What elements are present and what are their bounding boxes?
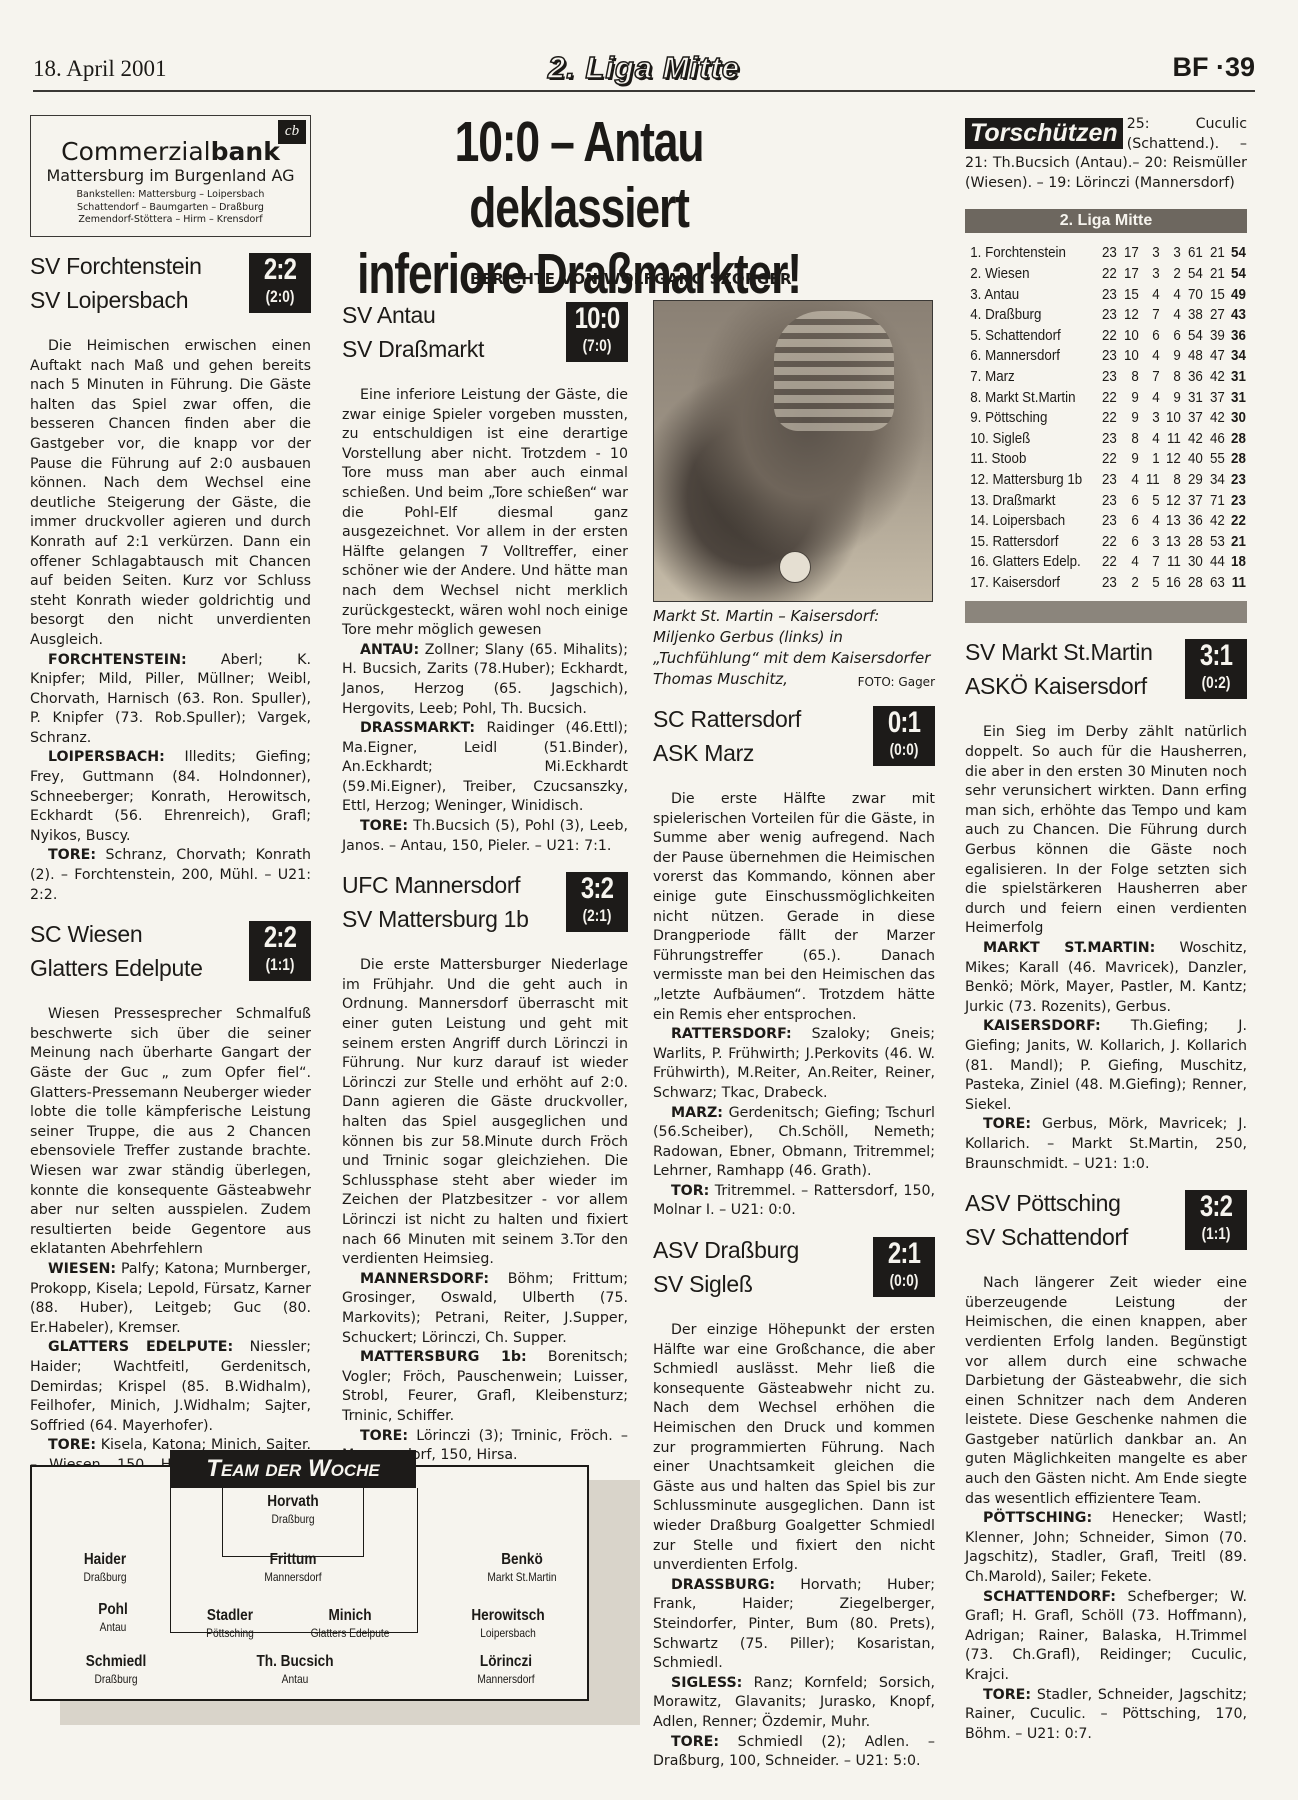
top-scorers-label: Torschützen <box>965 118 1123 149</box>
section-title: 2. Liga Mitte <box>33 50 1255 86</box>
standings-row: 13. Draßmarkt236512377123 <box>965 491 1247 512</box>
match-report: SC RattersdorfASK Marz 0:1(0:0) Die erst… <box>653 702 935 1221</box>
score-badge: 10:0(7:0) <box>566 302 628 362</box>
losses-cell: 8 <box>1161 367 1181 388</box>
masthead: 18. April 2001 2. Liga Mitte BF ·39 <box>33 50 1255 92</box>
points-cell: 36 <box>1226 326 1246 347</box>
team-cell: 9. Pöttsching <box>970 408 1091 429</box>
goals-for-cell: 38 <box>1183 305 1203 326</box>
match-report: UFC MannersdorfSV Mattersburg 1b 3:2(2:1… <box>342 868 628 1465</box>
report-text: Die Heimischen erwischen einen Auftakt n… <box>30 337 311 651</box>
lineup-away: KAISERSDORF: Th.Giefing; J. Giefing; Jan… <box>965 1017 1247 1115</box>
goals: TORE: Stadler, Schneider, Jagschitz; Rai… <box>965 1686 1247 1745</box>
goals-for-cell: 36 <box>1183 367 1203 388</box>
player-card: PohlAntau <box>96 1600 131 1635</box>
player-card: Th. BucsichAntau <box>250 1652 341 1687</box>
points-cell: 31 <box>1226 388 1246 409</box>
losses-cell: 13 <box>1161 532 1181 553</box>
wins-cell: 6 <box>1119 491 1139 512</box>
lineup-away: SCHATTENDORF: Schefberger; W. Grafl; H. … <box>965 1588 1247 1686</box>
report-text: Der einzige Höhepunkt der ersten Hälfte … <box>653 1321 935 1576</box>
goals-for-cell: 42 <box>1183 429 1203 450</box>
football-icon <box>779 551 811 583</box>
played-cell: 23 <box>1097 573 1117 594</box>
lineup-home: DRASSBURG: Horvath; Huber; Frank, Haider… <box>653 1576 935 1674</box>
goals-against-cell: 34 <box>1204 470 1224 491</box>
team-cell: 13. Draßmarkt <box>970 491 1091 512</box>
goals-against-cell: 21 <box>1204 264 1224 285</box>
lineup-away: MATTERSBURG 1b: Borenitsch; Vogler; Fröc… <box>342 1348 628 1426</box>
player-card: FrittumMannersdorf <box>259 1550 326 1585</box>
goals-for-cell: 28 <box>1183 532 1203 553</box>
standings-row: 17. Kaisersdorf232516286311 <box>965 573 1247 594</box>
report-text: Wiesen Pressesprecher Schmalfuß beschwer… <box>30 1005 311 1260</box>
match-header: ASV PöttschingSV Schattendorf 3:2(1:1) <box>965 1186 1247 1256</box>
goals-for-cell: 28 <box>1183 573 1203 594</box>
draws-cell: 7 <box>1140 367 1159 388</box>
lineup-away: GLATTERS EDELPUTE: Niessler; Haider; Wac… <box>30 1338 311 1436</box>
report-text: Die erste Mattersburger Niederlage im Fr… <box>342 956 628 1270</box>
played-cell: 23 <box>1097 346 1117 367</box>
team-cell: 5. Schattendorf <box>970 326 1091 347</box>
goals-against-cell: 44 <box>1204 552 1224 573</box>
losses-cell: 4 <box>1161 305 1181 326</box>
standings-row: 11. Stoob229112405528 <box>965 449 1247 470</box>
standings-row: 10. Sigleß238411424628 <box>965 429 1247 450</box>
played-cell: 22 <box>1097 326 1117 347</box>
report-text: Eine inferiore Leistung der Gäste, die z… <box>342 386 628 641</box>
played-cell: 23 <box>1097 243 1117 264</box>
standings-row: 9. Pöttsching229310374230 <box>965 408 1247 429</box>
lineup-home: WIESEN: Palfy; Katona; Murnberger, Proko… <box>30 1260 311 1338</box>
draws-cell: 5 <box>1140 573 1159 594</box>
draws-cell: 3 <box>1140 264 1159 285</box>
standings-row: 14. Loipersbach236413364222 <box>965 511 1247 532</box>
standings-body: 1. Forchtenstein2317336121542. Wiesen221… <box>965 243 1247 593</box>
goals-for-cell: 54 <box>1183 326 1203 347</box>
losses-cell: 12 <box>1161 449 1181 470</box>
bank-branches: Bankstellen: Mattersburg – Loipersbach S… <box>31 189 310 227</box>
match-report: SV ForchtensteinSV Loipersbach 2:2(2:0) … <box>30 249 311 905</box>
wins-cell: 8 <box>1119 367 1139 388</box>
goals-against-cell: 37 <box>1204 388 1224 409</box>
points-cell: 28 <box>1226 429 1246 450</box>
team-cell: 1. Forchtenstein <box>970 243 1091 264</box>
team-cell: 6. Mannersdorf <box>970 346 1091 367</box>
goals-for-cell: 30 <box>1183 552 1203 573</box>
losses-cell: 10 <box>1161 408 1181 429</box>
draws-cell: 3 <box>1140 532 1159 553</box>
draws-cell: 4 <box>1140 285 1159 306</box>
score-badge: 0:1(0:0) <box>873 706 935 766</box>
column-4: Torschützen 25: Cuculic (Schattend.). – … <box>965 115 1247 1744</box>
goals-against-cell: 47 <box>1204 346 1224 367</box>
draws-cell: 3 <box>1140 408 1159 429</box>
played-cell: 22 <box>1097 388 1117 409</box>
page-number: BF ·39 <box>1172 52 1255 83</box>
points-cell: 28 <box>1226 449 1246 470</box>
points-cell: 49 <box>1226 285 1246 306</box>
wins-cell: 4 <box>1119 552 1139 573</box>
column-3: Markt St. Martin – Kaisersdorf: Miljenko… <box>653 300 935 1772</box>
wins-cell: 8 <box>1119 429 1139 450</box>
goals-against-cell: 46 <box>1204 429 1224 450</box>
draws-cell: 4 <box>1140 511 1159 532</box>
match-report: SV Markt St.MartinASKÖ Kaisersdorf 3:1(0… <box>965 635 1247 1174</box>
wins-cell: 9 <box>1119 408 1139 429</box>
score-badge: 2:2(1:1) <box>249 921 311 981</box>
player-card: LörincziMannersdorf <box>472 1652 539 1687</box>
draws-cell: 3 <box>1140 243 1159 264</box>
player-card: StadlerPöttsching <box>202 1606 258 1641</box>
draws-cell: 6 <box>1140 326 1159 347</box>
points-cell: 23 <box>1226 470 1246 491</box>
wins-cell: 9 <box>1119 388 1139 409</box>
goals-against-cell: 39 <box>1204 326 1224 347</box>
played-cell: 22 <box>1097 408 1117 429</box>
played-cell: 23 <box>1097 285 1117 306</box>
wins-cell: 17 <box>1119 264 1139 285</box>
goals: TOR: Tritremmel. – Rattersdorf, 150, Mol… <box>653 1182 935 1221</box>
draws-cell: 5 <box>1140 491 1159 512</box>
goals: TORE: Th.Bucsich (5), Pohl (3), Leeb, Ja… <box>342 817 628 856</box>
lineup-away: MARZ: Gerdenitsch; Giefing; Tschurl (56.… <box>653 1104 935 1182</box>
team-cell: 16. Glatters Edelp. <box>970 552 1091 573</box>
goals-for-cell: 40 <box>1183 449 1203 470</box>
goals-for-cell: 70 <box>1183 285 1203 306</box>
score-badge: 3:2(2:1) <box>566 872 628 932</box>
photo-credit: FOTO: Gager <box>858 672 935 693</box>
points-cell: 54 <box>1226 243 1246 264</box>
team-cell: 7. Marz <box>970 367 1091 388</box>
standings-row: 7. Marz23878364231 <box>965 367 1247 388</box>
wins-cell: 6 <box>1119 511 1139 532</box>
losses-cell: 8 <box>1161 470 1181 491</box>
report-text: Die erste Hälfte zwar mit spielerischen … <box>653 790 935 1025</box>
draws-cell: 4 <box>1140 429 1159 450</box>
player-goalkeeper: HorvathDraßburg <box>263 1492 323 1527</box>
team-cell: 15. Rattersdorf <box>970 532 1091 553</box>
report-text: Ein Sieg im Derby zählt natürlich doppel… <box>965 723 1247 939</box>
standings-title: 2. Liga Mitte <box>965 209 1247 233</box>
match-report: ASV DraßburgSV Sigleß 2:1(0:0) Der einzi… <box>653 1233 935 1772</box>
played-cell: 22 <box>1097 552 1117 573</box>
team-cell: 11. Stoob <box>970 449 1091 470</box>
column-2: SV AntauSV Draßmarkt 10:0(7:0) Eine infe… <box>342 286 628 1466</box>
points-cell: 18 <box>1226 552 1246 573</box>
points-cell: 54 <box>1226 264 1246 285</box>
team-cell: 10. Sigleß <box>970 429 1091 450</box>
bank-logo-icon: cb <box>278 120 306 144</box>
match-header: SV ForchtensteinSV Loipersbach 2:2(2:0) <box>30 249 311 319</box>
player-card: BenköMarkt St.Martin <box>481 1550 562 1585</box>
wins-cell: 4 <box>1119 470 1139 491</box>
goals-against-cell: 27 <box>1204 305 1224 326</box>
standings-row: 6. Mannersdorf231049484734 <box>965 346 1247 367</box>
team-cell: 8. Markt St.Martin <box>970 388 1091 409</box>
team-cell: 17. Kaisersdorf <box>970 573 1091 594</box>
losses-cell: 11 <box>1161 552 1181 573</box>
draws-cell: 4 <box>1140 388 1159 409</box>
lineup-away: SIGLESS: Ranz; Kornfeld; Sorsich, Morawi… <box>653 1674 935 1733</box>
score-badge: 2:2(2:0) <box>249 253 311 313</box>
team-cell: 3. Antau <box>970 285 1091 306</box>
score-badge: 2:1(0:0) <box>873 1237 935 1297</box>
wins-cell: 9 <box>1119 449 1139 470</box>
draws-cell: 11 <box>1140 470 1159 491</box>
played-cell: 23 <box>1097 367 1117 388</box>
goals-for-cell: 37 <box>1183 491 1203 512</box>
goals-against-cell: 42 <box>1204 511 1224 532</box>
player-jersey-shape <box>774 311 894 431</box>
standings-row: 8. Markt St.Martin22949313731 <box>965 388 1247 409</box>
played-cell: 23 <box>1097 470 1117 491</box>
lineup-home: PÖTTSCHING: Henecker; Wastl; Klenner, Jo… <box>965 1509 1247 1587</box>
goals-against-cell: 42 <box>1204 408 1224 429</box>
draws-cell: 4 <box>1140 346 1159 367</box>
bank-subtitle: Mattersburg im Burgenland AG <box>31 166 310 186</box>
team-cell: 4. Draßburg <box>970 305 1091 326</box>
losses-cell: 12 <box>1161 491 1181 512</box>
standings-footer-bar <box>965 601 1247 623</box>
wins-cell: 17 <box>1119 243 1139 264</box>
match-header: SV AntauSV Draßmarkt 10:0(7:0) <box>342 298 628 368</box>
wins-cell: 15 <box>1119 285 1139 306</box>
match-report: SV AntauSV Draßmarkt 10:0(7:0) Eine infe… <box>342 298 628 856</box>
draws-cell: 7 <box>1140 552 1159 573</box>
tdw-title: Team der Woche <box>170 1450 416 1488</box>
team-cell: 2. Wiesen <box>970 264 1091 285</box>
goals: TORE: Gerbus, Mörk, Mavricek; J. Kollari… <box>965 1115 1247 1174</box>
wins-cell: 12 <box>1119 305 1139 326</box>
standings-row: 3. Antau231544701549 <box>965 285 1247 306</box>
match-header: ASV DraßburgSV Sigleß 2:1(0:0) <box>653 1233 935 1303</box>
lineup-home: ANTAU: Zollner; Slany (65. Mihalits); H.… <box>342 641 628 719</box>
player-card: SchmiedlDraßburg <box>80 1652 151 1687</box>
standings-row: 1. Forchtenstein231733612154 <box>965 243 1247 264</box>
goals: TORE: Schmiedl (2); Adlen. – Draßburg, 1… <box>653 1733 935 1772</box>
goals-against-cell: 53 <box>1204 532 1224 553</box>
match-photo <box>653 300 933 602</box>
played-cell: 22 <box>1097 264 1117 285</box>
match-header: SC WiesenGlatters Edelpute 2:2(1:1) <box>30 917 311 987</box>
column-1: cb Commerzialbank Mattersburg im Burgenl… <box>30 115 311 1495</box>
points-cell: 11 <box>1226 573 1246 594</box>
losses-cell: 4 <box>1161 285 1181 306</box>
losses-cell: 16 <box>1161 573 1181 594</box>
losses-cell: 3 <box>1161 243 1181 264</box>
goals-against-cell: 55 <box>1204 449 1224 470</box>
losses-cell: 11 <box>1161 429 1181 450</box>
standings-row: 12. Mattersburg 1b234118293423 <box>965 470 1247 491</box>
team-cell: 12. Mattersburg 1b <box>970 470 1091 491</box>
goals-for-cell: 36 <box>1183 511 1203 532</box>
points-cell: 43 <box>1226 305 1246 326</box>
goals-against-cell: 63 <box>1204 573 1224 594</box>
standings-row: 15. Rattersdorf226313285321 <box>965 532 1247 553</box>
goals-for-cell: 29 <box>1183 470 1203 491</box>
match-header: SC RattersdorfASK Marz 0:1(0:0) <box>653 702 935 772</box>
losses-cell: 13 <box>1161 511 1181 532</box>
goals-against-cell: 71 <box>1204 491 1224 512</box>
standings-row: 4. Draßburg231274382743 <box>965 305 1247 326</box>
goals-for-cell: 61 <box>1183 243 1203 264</box>
goals-for-cell: 37 <box>1183 408 1203 429</box>
goals-against-cell: 42 <box>1204 367 1224 388</box>
standings-table: 1. Forchtenstein2317336121542. Wiesen221… <box>965 243 1247 593</box>
wins-cell: 6 <box>1119 532 1139 553</box>
played-cell: 22 <box>1097 449 1117 470</box>
photo-caption: Markt St. Martin – Kaisersdorf: Miljenko… <box>653 606 935 690</box>
top-scorers: Torschützen 25: Cuculic (Schattend.). – … <box>965 115 1247 193</box>
goals-against-cell: 15 <box>1204 285 1224 306</box>
points-cell: 30 <box>1226 408 1246 429</box>
player-card: HaiderDraßburg <box>80 1550 131 1585</box>
played-cell: 23 <box>1097 429 1117 450</box>
played-cell: 23 <box>1097 305 1117 326</box>
draws-cell: 1 <box>1140 449 1159 470</box>
played-cell: 22 <box>1097 532 1117 553</box>
match-report: ASV PöttschingSV Schattendorf 3:2(1:1) N… <box>965 1186 1247 1744</box>
draws-cell: 7 <box>1140 305 1159 326</box>
player-card: HerowitschLoipersbach <box>465 1606 551 1641</box>
standings-row: 16. Glatters Edelp.224711304418 <box>965 552 1247 573</box>
points-cell: 23 <box>1226 491 1246 512</box>
score-badge: 3:1(0:2) <box>1185 639 1247 699</box>
lineup-home: RATTERSDORF: Szaloky; Gneis; Warlits, P.… <box>653 1025 935 1103</box>
goals-for-cell: 48 <box>1183 346 1203 367</box>
lineup-home: MARKT ST.MARTIN: Woschitz, Mikes; Karall… <box>965 939 1247 1017</box>
lineup-home: MANNERSDORF: Böhm; Frittum; Grosinger, O… <box>342 1270 628 1348</box>
points-cell: 22 <box>1226 511 1246 532</box>
losses-cell: 9 <box>1161 346 1181 367</box>
match-header: UFC MannersdorfSV Mattersburg 1b 3:2(2:1… <box>342 868 628 938</box>
player-card: MinichGlatters Edelpute <box>304 1606 397 1641</box>
lineup-home: FORCHTENSTEIN: Aberl; K. Knipfer; Mild, … <box>30 651 311 749</box>
wins-cell: 10 <box>1119 346 1139 367</box>
points-cell: 21 <box>1226 532 1246 553</box>
lineup-away: DRASSMARKT: Raidinger (46.Ettl); Ma.Eign… <box>342 719 628 817</box>
wins-cell: 2 <box>1119 573 1139 594</box>
goals-for-cell: 31 <box>1183 388 1203 409</box>
goals-against-cell: 21 <box>1204 243 1224 264</box>
goals: TORE: Schranz, Chorvath; Konrath (2). – … <box>30 846 311 905</box>
bank-name: Commerzialbank <box>31 116 310 166</box>
played-cell: 23 <box>1097 511 1117 532</box>
wins-cell: 10 <box>1119 326 1139 347</box>
report-text: Nach längerer Zeit wieder eine überzeuge… <box>965 1274 1247 1509</box>
match-report: SC WiesenGlatters Edelpute 2:2(1:1) Wies… <box>30 917 311 1495</box>
score-badge: 3:2(1:1) <box>1185 1190 1247 1250</box>
lineup-away: LOIPERSBACH: Illedits; Giefing; Frey, Gu… <box>30 748 311 846</box>
points-cell: 34 <box>1226 346 1246 367</box>
bank-advertisement: cb Commerzialbank Mattersburg im Burgenl… <box>30 115 311 237</box>
points-cell: 31 <box>1226 367 1246 388</box>
goals-for-cell: 54 <box>1183 264 1203 285</box>
standings-row: 5. Schattendorf221066543936 <box>965 326 1247 347</box>
losses-cell: 2 <box>1161 264 1181 285</box>
standings-row: 2. Wiesen221732542154 <box>965 264 1247 285</box>
losses-cell: 6 <box>1161 326 1181 347</box>
played-cell: 23 <box>1097 491 1117 512</box>
team-of-the-week: Team der Woche HorvathDraßburg HaiderDra… <box>30 1450 600 1712</box>
losses-cell: 9 <box>1161 388 1181 409</box>
match-header: SV Markt St.MartinASKÖ Kaisersdorf 3:1(0… <box>965 635 1247 705</box>
team-cell: 14. Loipersbach <box>970 511 1091 532</box>
